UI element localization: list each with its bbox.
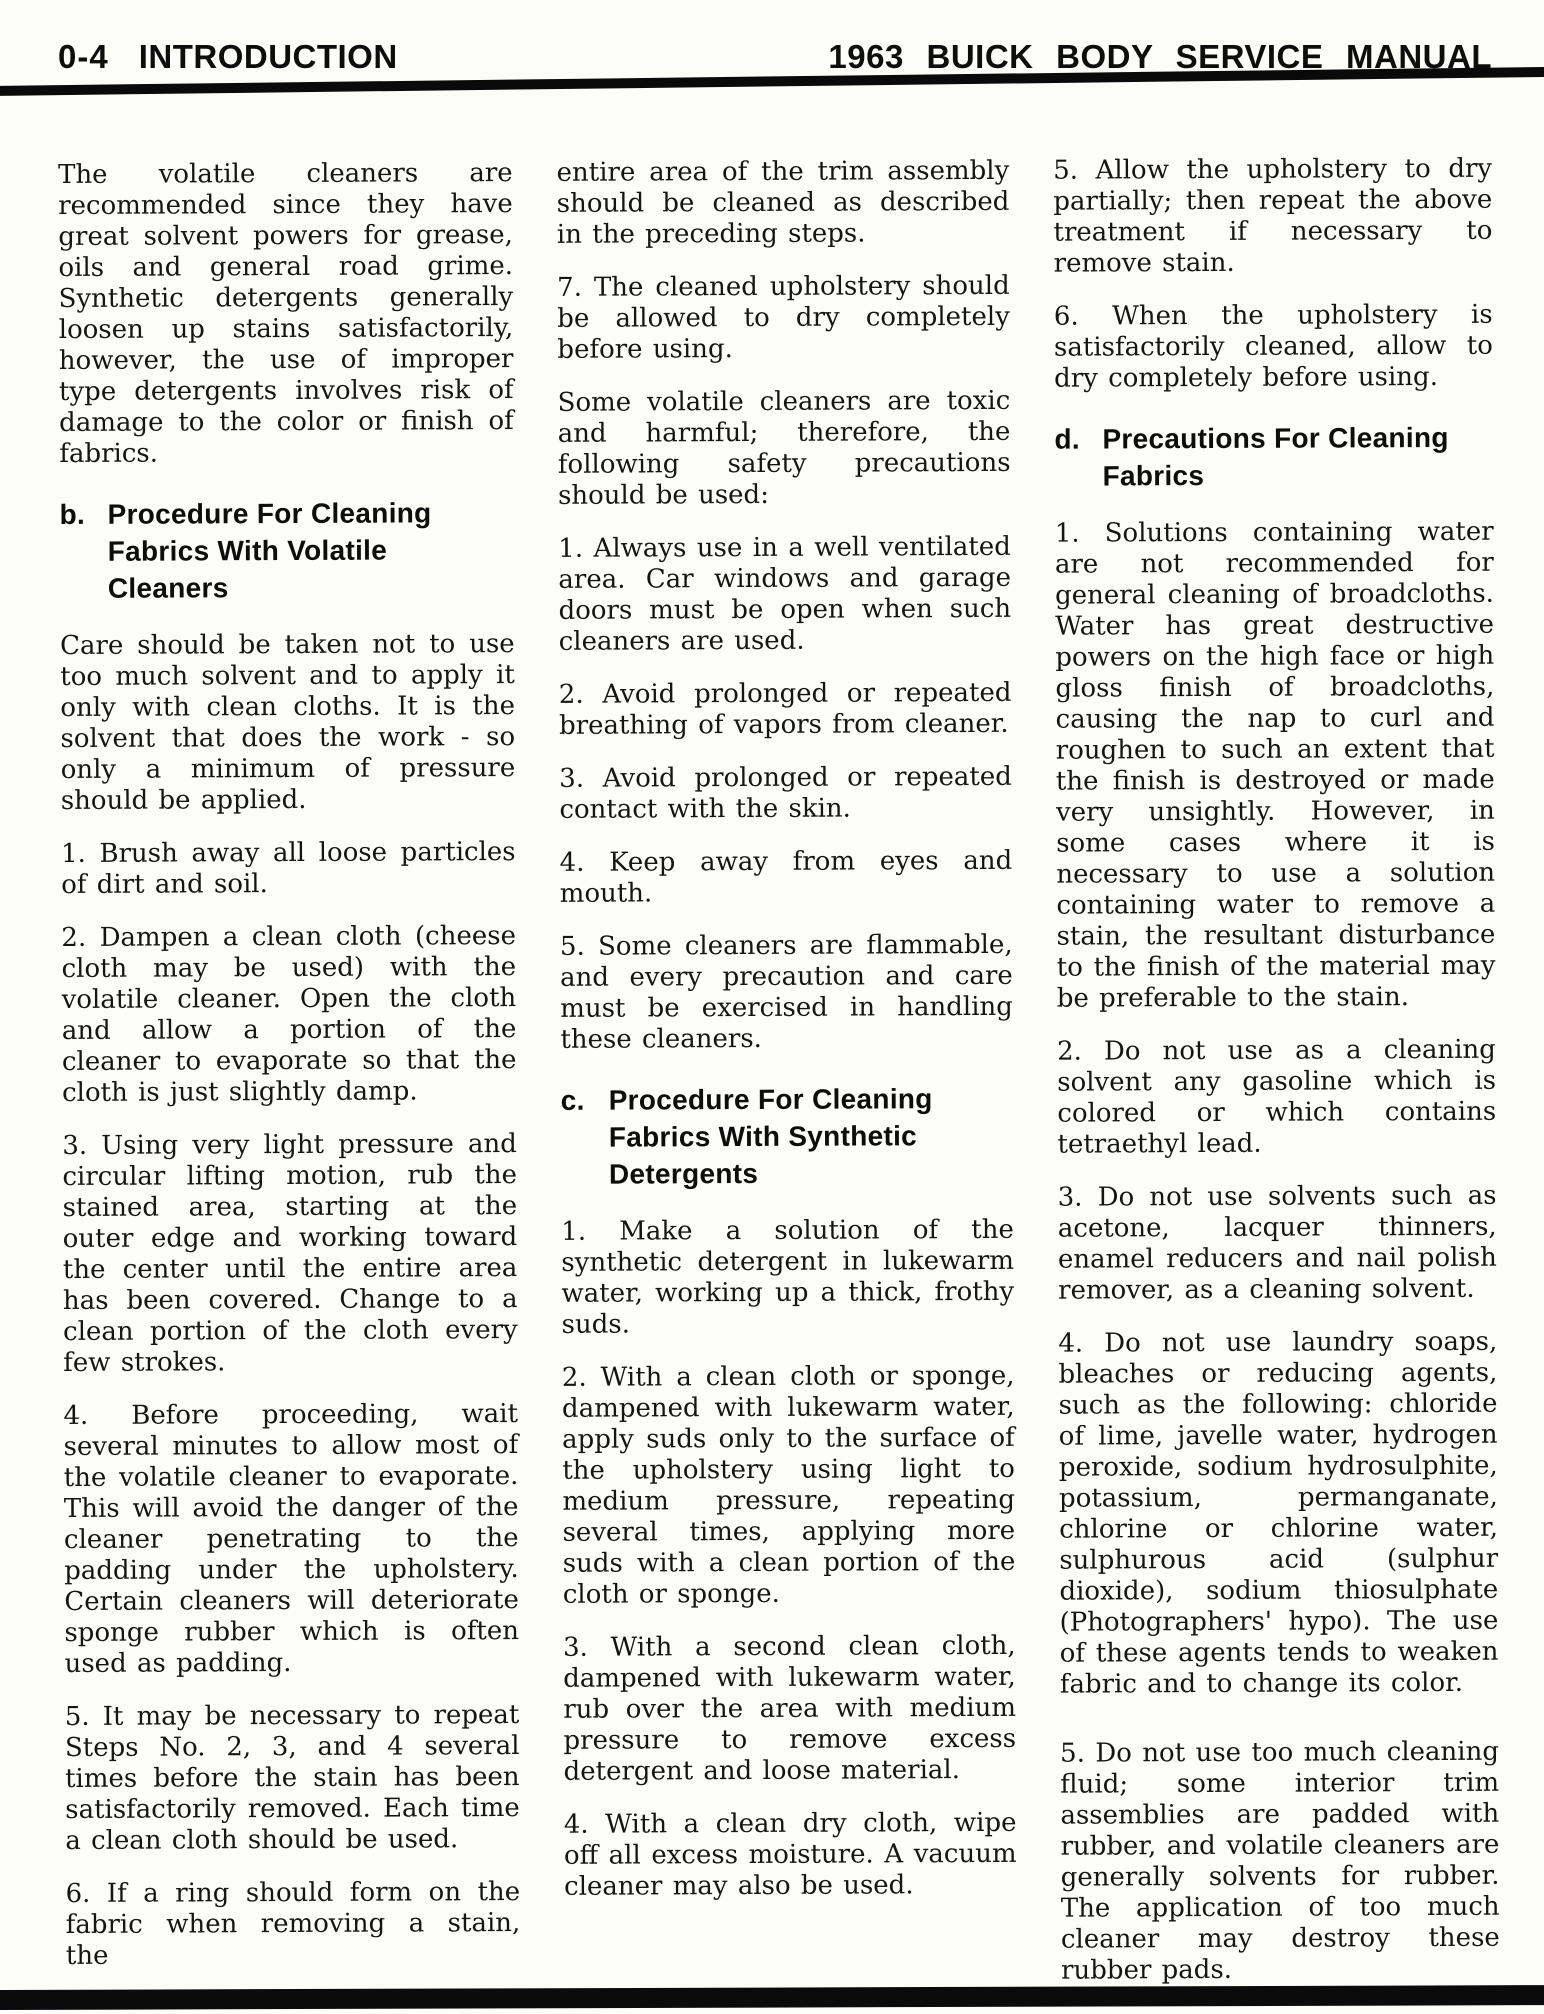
safety-item: 4. Keep away from eyes and mouth. bbox=[560, 846, 1013, 910]
section-heading-c: c. Procedure For Cleaning Fabrics With S… bbox=[561, 1080, 1014, 1193]
precaution-item: 3. Do not use solvents such as acetone, … bbox=[1058, 1181, 1497, 1307]
heading-title: Precautions For Cleaning Fabrics bbox=[1102, 419, 1493, 495]
step-item: 6. If a ring should form on the fabric w… bbox=[66, 1877, 521, 1972]
step-item: 4. With a clean dry cloth, wipe off all … bbox=[564, 1808, 1017, 1903]
heading-label: c. bbox=[561, 1082, 609, 1193]
precaution-item: 4. Do not use laundry soaps, bleaches or… bbox=[1058, 1327, 1498, 1701]
page-number: 0-4 bbox=[58, 38, 109, 76]
paragraph-safety-intro: Some volatile cleaners are toxic and har… bbox=[558, 386, 1011, 512]
step-item: 3. Using very light pressure and circula… bbox=[62, 1129, 518, 1379]
text-columns: The volatile cleaners are recommended si… bbox=[58, 154, 1500, 2013]
step-item: 2. Dampen a clean cloth (cheese cloth ma… bbox=[61, 921, 516, 1109]
safety-item: 5. Some cleaners are flammable, and ever… bbox=[560, 930, 1013, 1056]
safety-item: 1. Always use in a well ventilated area.… bbox=[558, 532, 1011, 658]
safety-item: 2. Avoid prolonged or repeated breathing… bbox=[559, 678, 1012, 742]
section-heading-d: d. Precautions For Cleaning Fabrics bbox=[1054, 419, 1493, 495]
step-item: 6. When the upholstery is satisfactorily… bbox=[1054, 300, 1493, 395]
step-item: 5. Allow the upholstery to dry partially… bbox=[1053, 154, 1492, 280]
heading-label: d. bbox=[1054, 420, 1102, 494]
column-3: 5. Allow the upholstery to dry partially… bbox=[1053, 154, 1500, 2009]
heading-label: b. bbox=[59, 496, 107, 607]
section-title: INTRODUCTION bbox=[139, 38, 398, 76]
precaution-item: 1. Solutions containing water are not re… bbox=[1055, 517, 1496, 1015]
heading-title: Procedure For Cleaning Fabrics With Vola… bbox=[107, 494, 514, 607]
heading-title: Procedure For Cleaning Fabrics With Synt… bbox=[609, 1080, 1014, 1193]
step-item: 2. With a clean cloth or sponge, dampene… bbox=[562, 1361, 1016, 1611]
paragraph-care: Care should be taken not to use too much… bbox=[60, 629, 515, 817]
manual-page: 0-4 INTRODUCTION 1963 BUICK BODY SERVICE… bbox=[0, 0, 1544, 2014]
step-item: 1. Brush away all loose particles of dir… bbox=[61, 837, 516, 901]
step-item: 5. It may be necessary to repeat Steps N… bbox=[65, 1700, 520, 1857]
paragraph-continuation: entire area of the trim assembly should … bbox=[557, 156, 1010, 251]
precaution-item: 5. Do not use too much cleaning fluid; s… bbox=[1060, 1737, 1500, 1987]
paragraph-intro: The volatile cleaners are recommended si… bbox=[58, 158, 514, 470]
step-item: 3. With a second clean cloth, dampened w… bbox=[563, 1631, 1016, 1788]
section-heading-b: b. Procedure For Cleaning Fabrics With V… bbox=[59, 494, 514, 607]
column-1: The volatile cleaners are recommended si… bbox=[58, 158, 521, 2013]
column-2: entire area of the trim assembly should … bbox=[557, 156, 1018, 2011]
precaution-item: 2. Do not use as a cleaning solvent any … bbox=[1057, 1035, 1496, 1161]
step-item: 7. The cleaned upholstery should be allo… bbox=[557, 271, 1010, 366]
safety-item: 3. Avoid prolonged or repeated contact w… bbox=[559, 762, 1012, 826]
step-item: 4. Before proceeding, wait several minut… bbox=[63, 1399, 519, 1680]
step-item: 1. Make a solution of the synthetic dete… bbox=[561, 1215, 1014, 1341]
